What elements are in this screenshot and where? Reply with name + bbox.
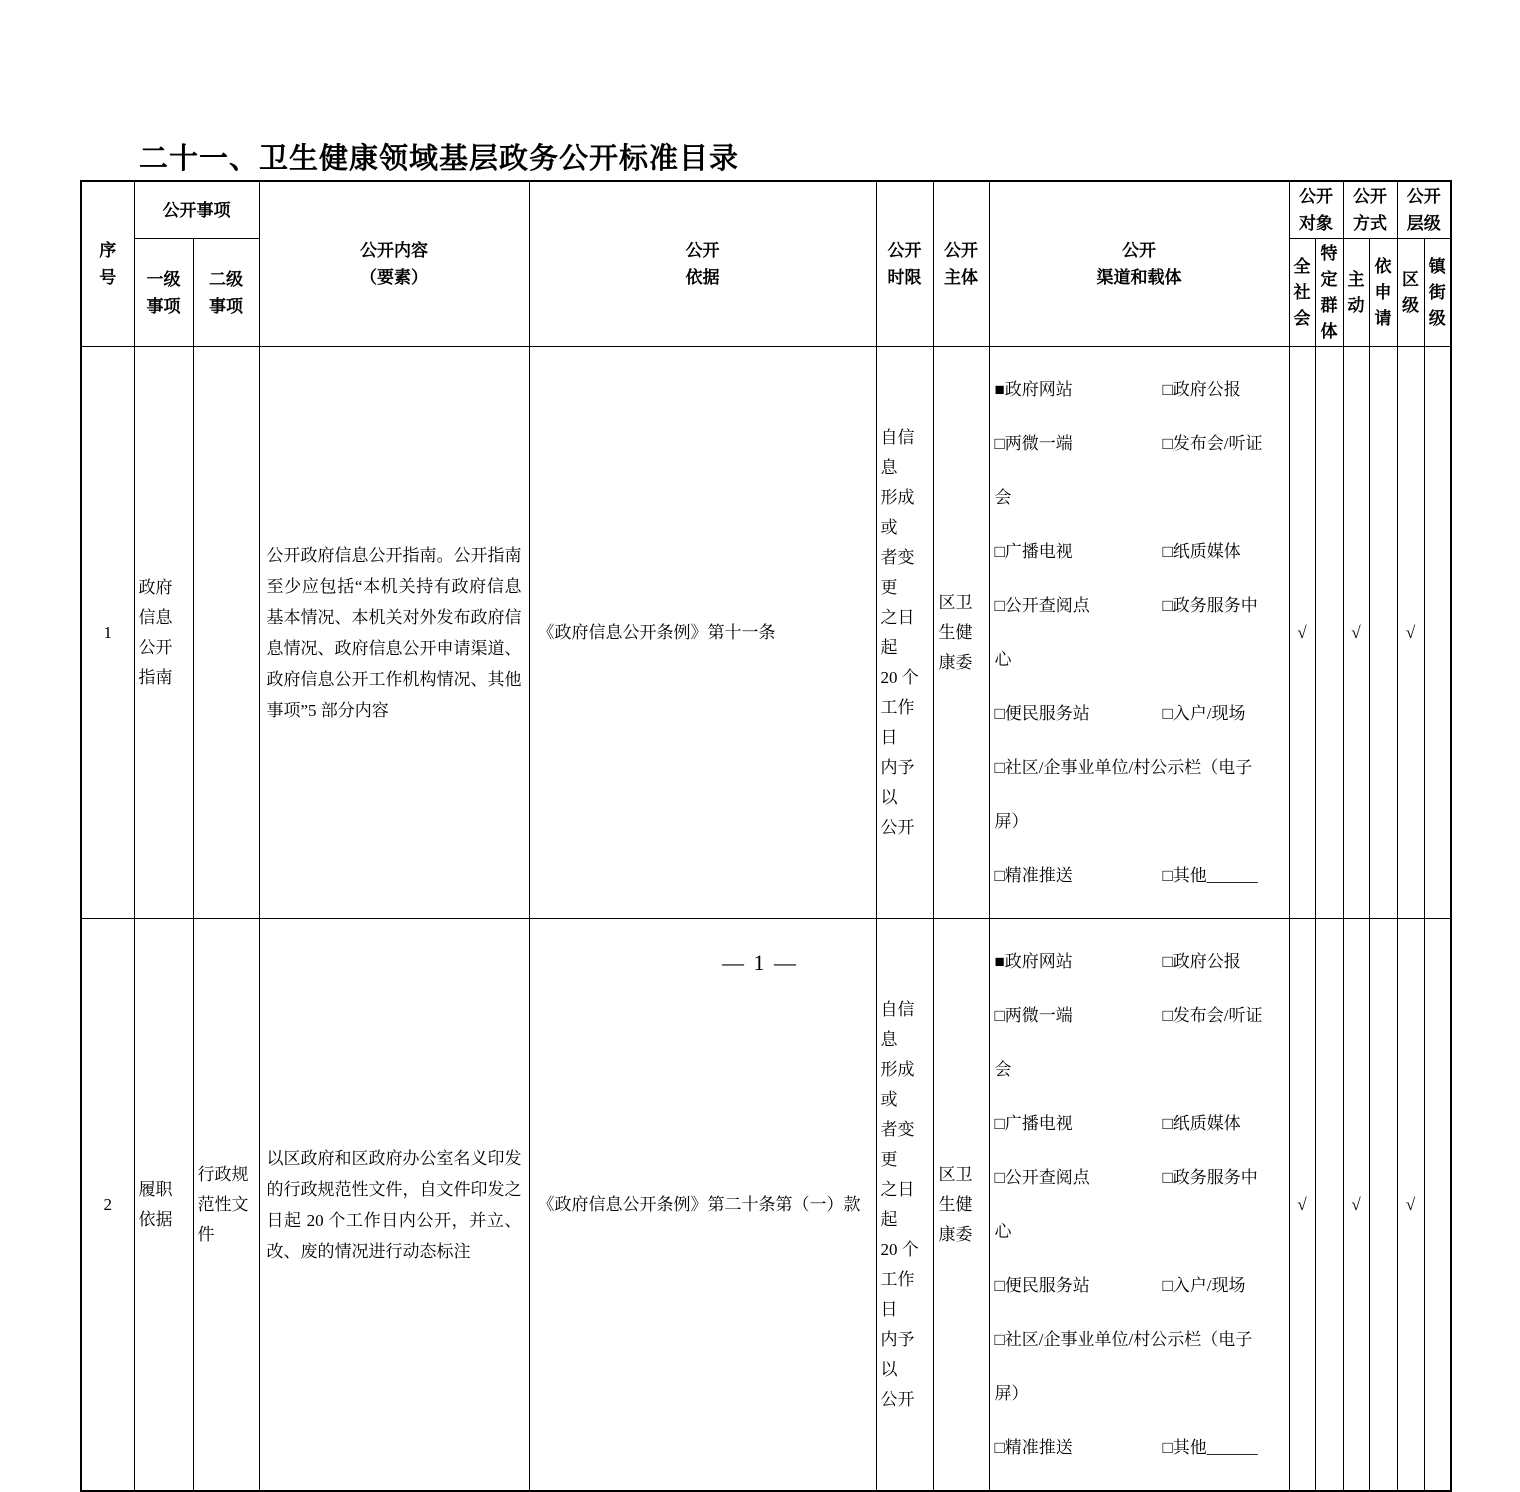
header-level: 公开 层级 [1397,181,1451,239]
header-proactive: 主 动 [1343,239,1369,347]
cell-subject: 区卫 生健 康委 [933,347,989,919]
cell-basis: 《政府信息公开条例》第二十条第（一）款 [529,919,876,1492]
channel-option-line: 会 [995,1056,1287,1083]
cell-mark-proactive: √ [1343,919,1369,1492]
channel-option: □两微一端 [995,1002,1163,1029]
channel-option: □便民服务站 [995,700,1163,727]
cell-mark-all-society: √ [1289,347,1315,919]
standards-table: 序 号 公开事项 公开内容 （要素） 公开 依据 公开 时限 公开 主体 公开 … [80,180,1452,1492]
table-row: 2 履职 依据 行政规 范性文 件 以区政府和区政府办公室名义印发的行政规范性文… [81,919,1451,1492]
channel-option: □两微一端 [995,430,1163,457]
header-basis: 公开 依据 [529,181,876,347]
channel-option-pair: □精准推送□其他______ [995,862,1287,889]
channel-option-pair: □便民服务站□入户/现场 [995,700,1287,727]
channel-option-pair: □精准推送□其他______ [995,1434,1287,1461]
channel-option-line: 屏） [995,1380,1287,1407]
channel-option-line: 会 [995,484,1287,511]
channel-option: ■政府网站 [995,376,1163,403]
channel-option: □入户/现场 [1163,704,1246,723]
header-specific-groups: 特 定 群 体 [1315,239,1343,347]
header-town: 镇 街 级 [1424,239,1451,347]
cell-mark-on-request [1369,919,1397,1492]
header-district: 区 级 [1397,239,1424,347]
header-subject: 公开 主体 [933,181,989,347]
header-channels: 公开 渠道和载体 [989,181,1289,347]
header-matters: 公开事项 [134,181,259,239]
channel-option: □发布会/听证 [1163,434,1263,453]
channel-option: □精准推送 [995,1434,1163,1461]
table-row: 1 政府 信息 公开 指南 公开政府信息公开指南。公开指南至少应包括“本机关持有… [81,347,1451,919]
channel-option: □其他______ [1163,1438,1258,1457]
channel-option: □广播电视 [995,1110,1163,1137]
cell-level1: 政府 信息 公开 指南 [134,347,193,919]
channel-option-line: 屏） [995,808,1287,835]
cell-level1: 履职 依据 [134,919,193,1492]
header-time-limit: 公开 时限 [876,181,933,347]
header-on-request: 依 申 请 [1369,239,1397,347]
cell-time-limit: 自信息 形成或 者变更 之日起 20 个 工作日 内予以 公开 [876,919,933,1492]
cell-basis: 《政府信息公开条例》第十一条 [529,347,876,919]
channel-option-line: □社区/企事业单位/村公示栏（电子 [995,754,1287,781]
cell-content: 公开政府信息公开指南。公开指南至少应包括“本机关持有政府信息基本情况、本机关对外… [259,347,529,919]
channel-option: □纸质媒体 [1163,542,1241,561]
cell-mark-proactive: √ [1343,347,1369,919]
cell-mark-town [1424,919,1451,1492]
cell-mark-on-request [1369,347,1397,919]
cell-mark-district: √ [1397,347,1424,919]
cell-mark-all-society: √ [1289,919,1315,1492]
cell-time-limit: 自信息 形成或 者变更 之日起 20 个 工作日 内予以 公开 [876,347,933,919]
header-seq: 序 号 [81,181,134,347]
header-audience: 公开 对象 [1289,181,1343,239]
cell-subject: 区卫 生健 康委 [933,919,989,1492]
cell-seq: 2 [81,919,134,1492]
channel-option-line: □社区/企事业单位/村公示栏（电子 [995,1326,1287,1353]
cell-seq: 1 [81,347,134,919]
channel-option: □政务服务中 [1163,1168,1258,1187]
cell-mark-district: √ [1397,919,1424,1492]
channel-option-pair: □广播电视□纸质媒体 [995,1110,1287,1137]
channel-option-pair: □两微一端□发布会/听证 [995,1002,1287,1029]
channel-option: □政务服务中 [1163,596,1258,615]
channel-option: □政府公报 [1163,380,1241,399]
channel-option: □其他______ [1163,866,1258,885]
cell-channels: ■政府网站□政府公报 □两微一端□发布会/听证 会 □广播电视□纸质媒体 □公开… [989,919,1289,1492]
channel-option: □纸质媒体 [1163,1114,1241,1133]
channel-option: □广播电视 [995,538,1163,565]
cell-channels: ■政府网站□政府公报 □两微一端□发布会/听证 会 □广播电视□纸质媒体 □公开… [989,347,1289,919]
channel-option-pair: □两微一端□发布会/听证 [995,430,1287,457]
channel-option-pair: □广播电视□纸质媒体 [995,538,1287,565]
cell-mark-specific-groups [1315,347,1343,919]
channel-option: □公开查阅点 [995,1164,1163,1191]
channel-option-pair: ■政府网站□政府公报 [995,376,1287,403]
header-content: 公开内容 （要素） [259,181,529,347]
channel-option: □精准推送 [995,862,1163,889]
channel-option: □入户/现场 [1163,1276,1246,1295]
channel-option: □公开查阅点 [995,592,1163,619]
header-row-top: 序 号 公开事项 公开内容 （要素） 公开 依据 公开 时限 公开 主体 公开 … [81,181,1451,239]
channel-option-pair: □公开查阅点□政务服务中 [995,592,1287,619]
cell-level2 [193,347,259,919]
channel-option-line: 心 [995,1218,1287,1245]
channel-option: □发布会/听证 [1163,1006,1263,1025]
cell-mark-specific-groups [1315,919,1343,1492]
cell-content: 以区政府和区政府办公室名义印发的行政规范性文件，自文件印发之日起 20 个工作日… [259,919,529,1492]
header-level1: 一级 事项 [134,239,193,347]
header-all-society: 全 社 会 [1289,239,1315,347]
channel-option-pair: □公开查阅点□政务服务中 [995,1164,1287,1191]
cell-level2: 行政规 范性文 件 [193,919,259,1492]
page-number: — 1 — [0,950,1520,976]
channel-option-line: 心 [995,646,1287,673]
channel-option-pair: □便民服务站□入户/现场 [995,1272,1287,1299]
document-title: 二十一、卫生健康领域基层政务公开标准目录 [139,136,739,177]
cell-mark-town [1424,347,1451,919]
document-page: 二十一、卫生健康领域基层政务公开标准目录 序 号 公开事项 公开内容 （要素） … [0,0,1520,1074]
channel-option: □便民服务站 [995,1272,1163,1299]
header-method: 公开 方式 [1343,181,1397,239]
header-level2: 二级 事项 [193,239,259,347]
